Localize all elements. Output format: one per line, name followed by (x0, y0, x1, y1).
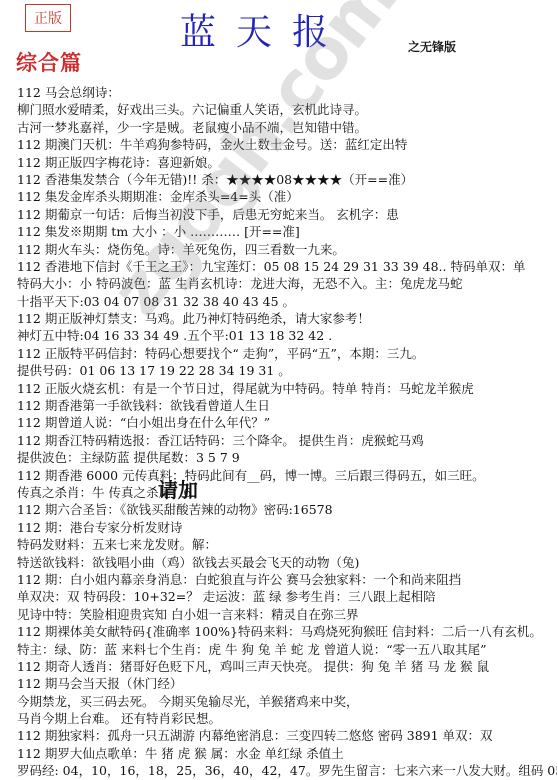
section-heading: 综合篇 (16, 47, 82, 77)
text-line: 112 期：港台专家分析发财诗 (17, 519, 557, 536)
authentic-badge: 正版 (25, 4, 71, 32)
text-line: 传真之杀肖：牛 传真之杀尾：6 (17, 484, 557, 501)
text-line: 112 期葡京一句话：后悔当初没下手，后患无穷蛇来当。 玄机字：患 (17, 206, 557, 223)
edition-label: 之无锋版 (408, 38, 456, 55)
text-line: 马肖今期上台难。 还有特肖彩民想。 (17, 710, 557, 727)
text-line: 112 期火车头：烧伤兔。诗：羊死兔伤，四三看数一九来。 (17, 241, 557, 258)
text-line: 单双决：双 特码段：10+32=？ 走运波：蓝 绿 参考生肖：三八跟上起相陪 (17, 588, 557, 605)
text-line: 提供波色：主绿防蓝 提供尾数：3 5 7 9 (17, 449, 557, 466)
text-line: 112 期香港第一手欲钱料：欲钱看曾道人生日 (17, 397, 557, 414)
text-line: 古河一梦兆嘉祥，少一字是贼。老鼠瘦小品不端，岂知错中错。 (17, 119, 557, 136)
text-line: 112 期香江特码精选报：香江话特码：三个降伞。 提供生肖：虎猴蛇马鸡 (17, 432, 557, 449)
text-line: 神灯五中特:04 16 33 34 49 .五个平:01 13 18 32 42… (17, 327, 557, 344)
text-line: 112 香港地下信封《千王之王》：九宝莲灯：05 08 15 24 29 31 … (17, 258, 557, 275)
text-line: 112 期曾道人说：“白小姐出身在什么年代？” (17, 414, 557, 431)
overlay-stamp: 请加 (158, 474, 198, 503)
text-line: 112 香港集发禁合（今年无错)!! 杀：★★★★08★★★★（开==准） (17, 171, 557, 188)
text-line: 提供号码：01 06 13 17 19 22 28 34 19 31 。 (17, 362, 557, 379)
text-line: 特主：绿、防：蓝 来料七个生肖：虎 牛 狗 兔 羊 蛇 龙 曾道人说：“零一五八… (17, 641, 557, 658)
text-line: 112 期正版四字梅花诗：喜迎新娘。 (17, 154, 557, 171)
text-line: 特送欲钱料：欲钱唱小曲（鸡）欲钱去买最会飞天的动物（兔) (17, 554, 557, 571)
text-line: 柳门照水爱晴柔，好戏出三头。六记偏重人笑语，玄机此诗寻。 (17, 101, 557, 118)
text-line: 罗码经: 04，10，16，18，25，36，40，42，47。罗先生留言：七来… (17, 762, 557, 779)
text-line: 特码大小：小 特码波色：蓝 生肖玄机诗：龙进大海，无恐不入。主：兔虎龙马蛇 (17, 275, 557, 292)
page-title: 蓝天报 (180, 4, 348, 55)
text-line: 今期禁龙，买三码去死。 今期买兔输尽光，羊猴猪鸡来中奖， (17, 693, 557, 710)
text-line: 112 期裸体美女献特码{准确率 100%}特码来料：马鸡烧死狗猴旺 信封料：二… (17, 623, 557, 640)
text-line: 112 期独家料：孤舟一只五湖游 内幕绝密消息：三变四转二悠悠 密码 3891 … (17, 727, 557, 744)
text-line: 112 期：白小姐内幕亲身消息：白蛇狼直与许公 赛马会独家料：一个和尚来阻挡 (17, 571, 557, 588)
article-body: 112 马会总纲诗： 柳门照水爱晴柔，好戏出三头。六记偏重人笑语，玄机此诗寻。 … (17, 84, 557, 780)
text-line: 112 正版火烧玄机：有是一个节日过，得尾就为中特码。特单 特肖：马蛇龙羊猴虎 (17, 380, 557, 397)
text-line: 112 期六合圣旨：《欲钱买甜酸苦辣的动物》密码:16578 (17, 501, 557, 518)
text-line: 特码发财料：五来七来龙发财。解： (17, 536, 557, 553)
text-line: 112 正版特平码信封：特码心想要找个“ 走狗”，平码“五”，本期：三九。 (17, 345, 557, 362)
text-line: 112 集发金库杀头期期准：金库杀头=4=头（准） (17, 188, 557, 205)
text-line: 见诗中特：笑脸相迎贵宾知 白小姐一言来料：精灵自在弥三界 (17, 606, 557, 623)
text-line: 十指平天下:03 04 07 08 31 32 38 40 43 45 。 (17, 293, 557, 310)
text-line: 112 马会总纲诗： (17, 84, 557, 101)
text-line: 112 期正版神灯禁支：马鸡。此乃神灯特码绝杀，请大家参考！ (17, 310, 557, 327)
text-line: 112 期奇人透肖：猪哥好色贬下凡，鸡叫三声天快亮。 提供：狗 兔 羊 猪 马 … (17, 658, 557, 675)
text-line: 112 期马会当天报（休门经） (17, 675, 557, 692)
text-line: 112 集发※期期 tm 大小 ：小 ………… [开==准] (17, 223, 557, 240)
text-line: 112 期澳门天机：牛羊鸡狗参特码，金火土数土金号。送：蓝红定出特 (17, 136, 557, 153)
text-line: 112 期罗大仙点歌单：牛 猪 虎 猴 属：水金 单红绿 杀值土 (17, 745, 557, 762)
text-line: 112 期香港 6000 元传真料：特码此间有__码，博一博。三后跟三得码五，如… (17, 467, 557, 484)
